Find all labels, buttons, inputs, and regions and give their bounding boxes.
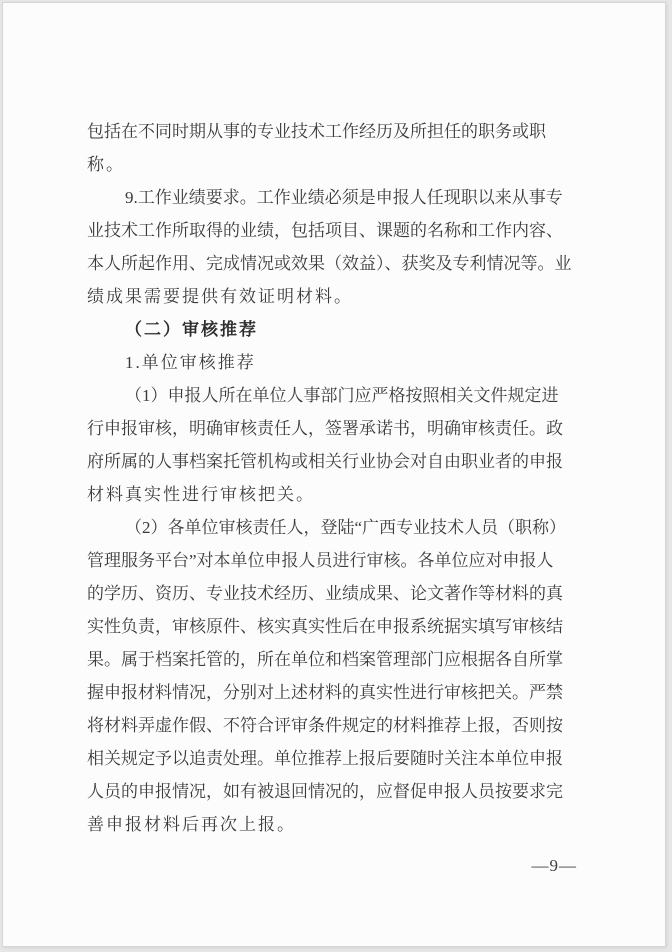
- document-line: 材料真实性进行审核把关。: [87, 478, 599, 511]
- document-line: 本人所起作用、完成情况或效果（效益）、获奖及专利情况等。业: [87, 247, 599, 280]
- document-line: 管理服务平台”对本单位申报人员进行审核。各单位应对申报人: [87, 544, 599, 577]
- document-body: 包括在不同时期从事的专业技术工作经历及所担任的职务或职称。9.工作业绩要求。工作…: [87, 115, 599, 841]
- document-line: 9.工作业绩要求。工作业绩必须是申报人任现职以来从事专: [87, 181, 599, 214]
- document-line: 包括在不同时期从事的专业技术工作经历及所担任的职务或职: [87, 115, 599, 148]
- document-line: 人员的申报情况，如有被退回情况的，应督促申报人员按要求完: [87, 775, 599, 808]
- document-line: 绩成果需要提供有效证明材料。: [87, 280, 599, 313]
- document-line: 实性负责，审核原件、核实真实性后在申报系统据实填写审核结: [87, 610, 599, 643]
- document-line: 将材料弄虚作假、不符合评审条件规定的材料推荐上报，否则按: [87, 709, 599, 742]
- document-line: 握申报材料情况，分别对上述材料的真实性进行审核把关。严禁: [87, 676, 599, 709]
- document-page: 包括在不同时期从事的专业技术工作经历及所担任的职务或职称。9.工作业绩要求。工作…: [2, 2, 666, 947]
- page-number: —9—: [87, 849, 599, 882]
- section-heading-line: （二）审核推荐: [87, 313, 599, 346]
- document-line: 的学历、资历、专业技术经历、业绩成果、论文著作等材料的真: [87, 577, 599, 610]
- document-line: 善申报材料后再次上报。: [87, 808, 599, 841]
- document-line: 相关规定予以追责处理。单位推荐上报后要随时关注本单位申报: [87, 742, 599, 775]
- document-line: 业技术工作所取得的业绩，包括项目、课题的名称和工作内容、: [87, 214, 599, 247]
- document-line: 府所属的人事档案托管机构或相关行业协会对自由职业者的申报: [87, 445, 599, 478]
- document-line: （1）申报人所在单位人事部门应严格按照相关文件规定进: [87, 379, 599, 412]
- document-line: 称。: [87, 148, 599, 181]
- document-line: 果。属于档案托管的，所在单位和档案管理部门应根据各自所掌: [87, 643, 599, 676]
- document-line: 行申报审核，明确审核责任人，签署承诺书，明确审核责任。政: [87, 412, 599, 445]
- document-line: 1.单位审核推荐: [87, 346, 599, 379]
- document-line: （2）各单位审核责任人，登陆“广西专业技术人员（职称）: [87, 511, 599, 544]
